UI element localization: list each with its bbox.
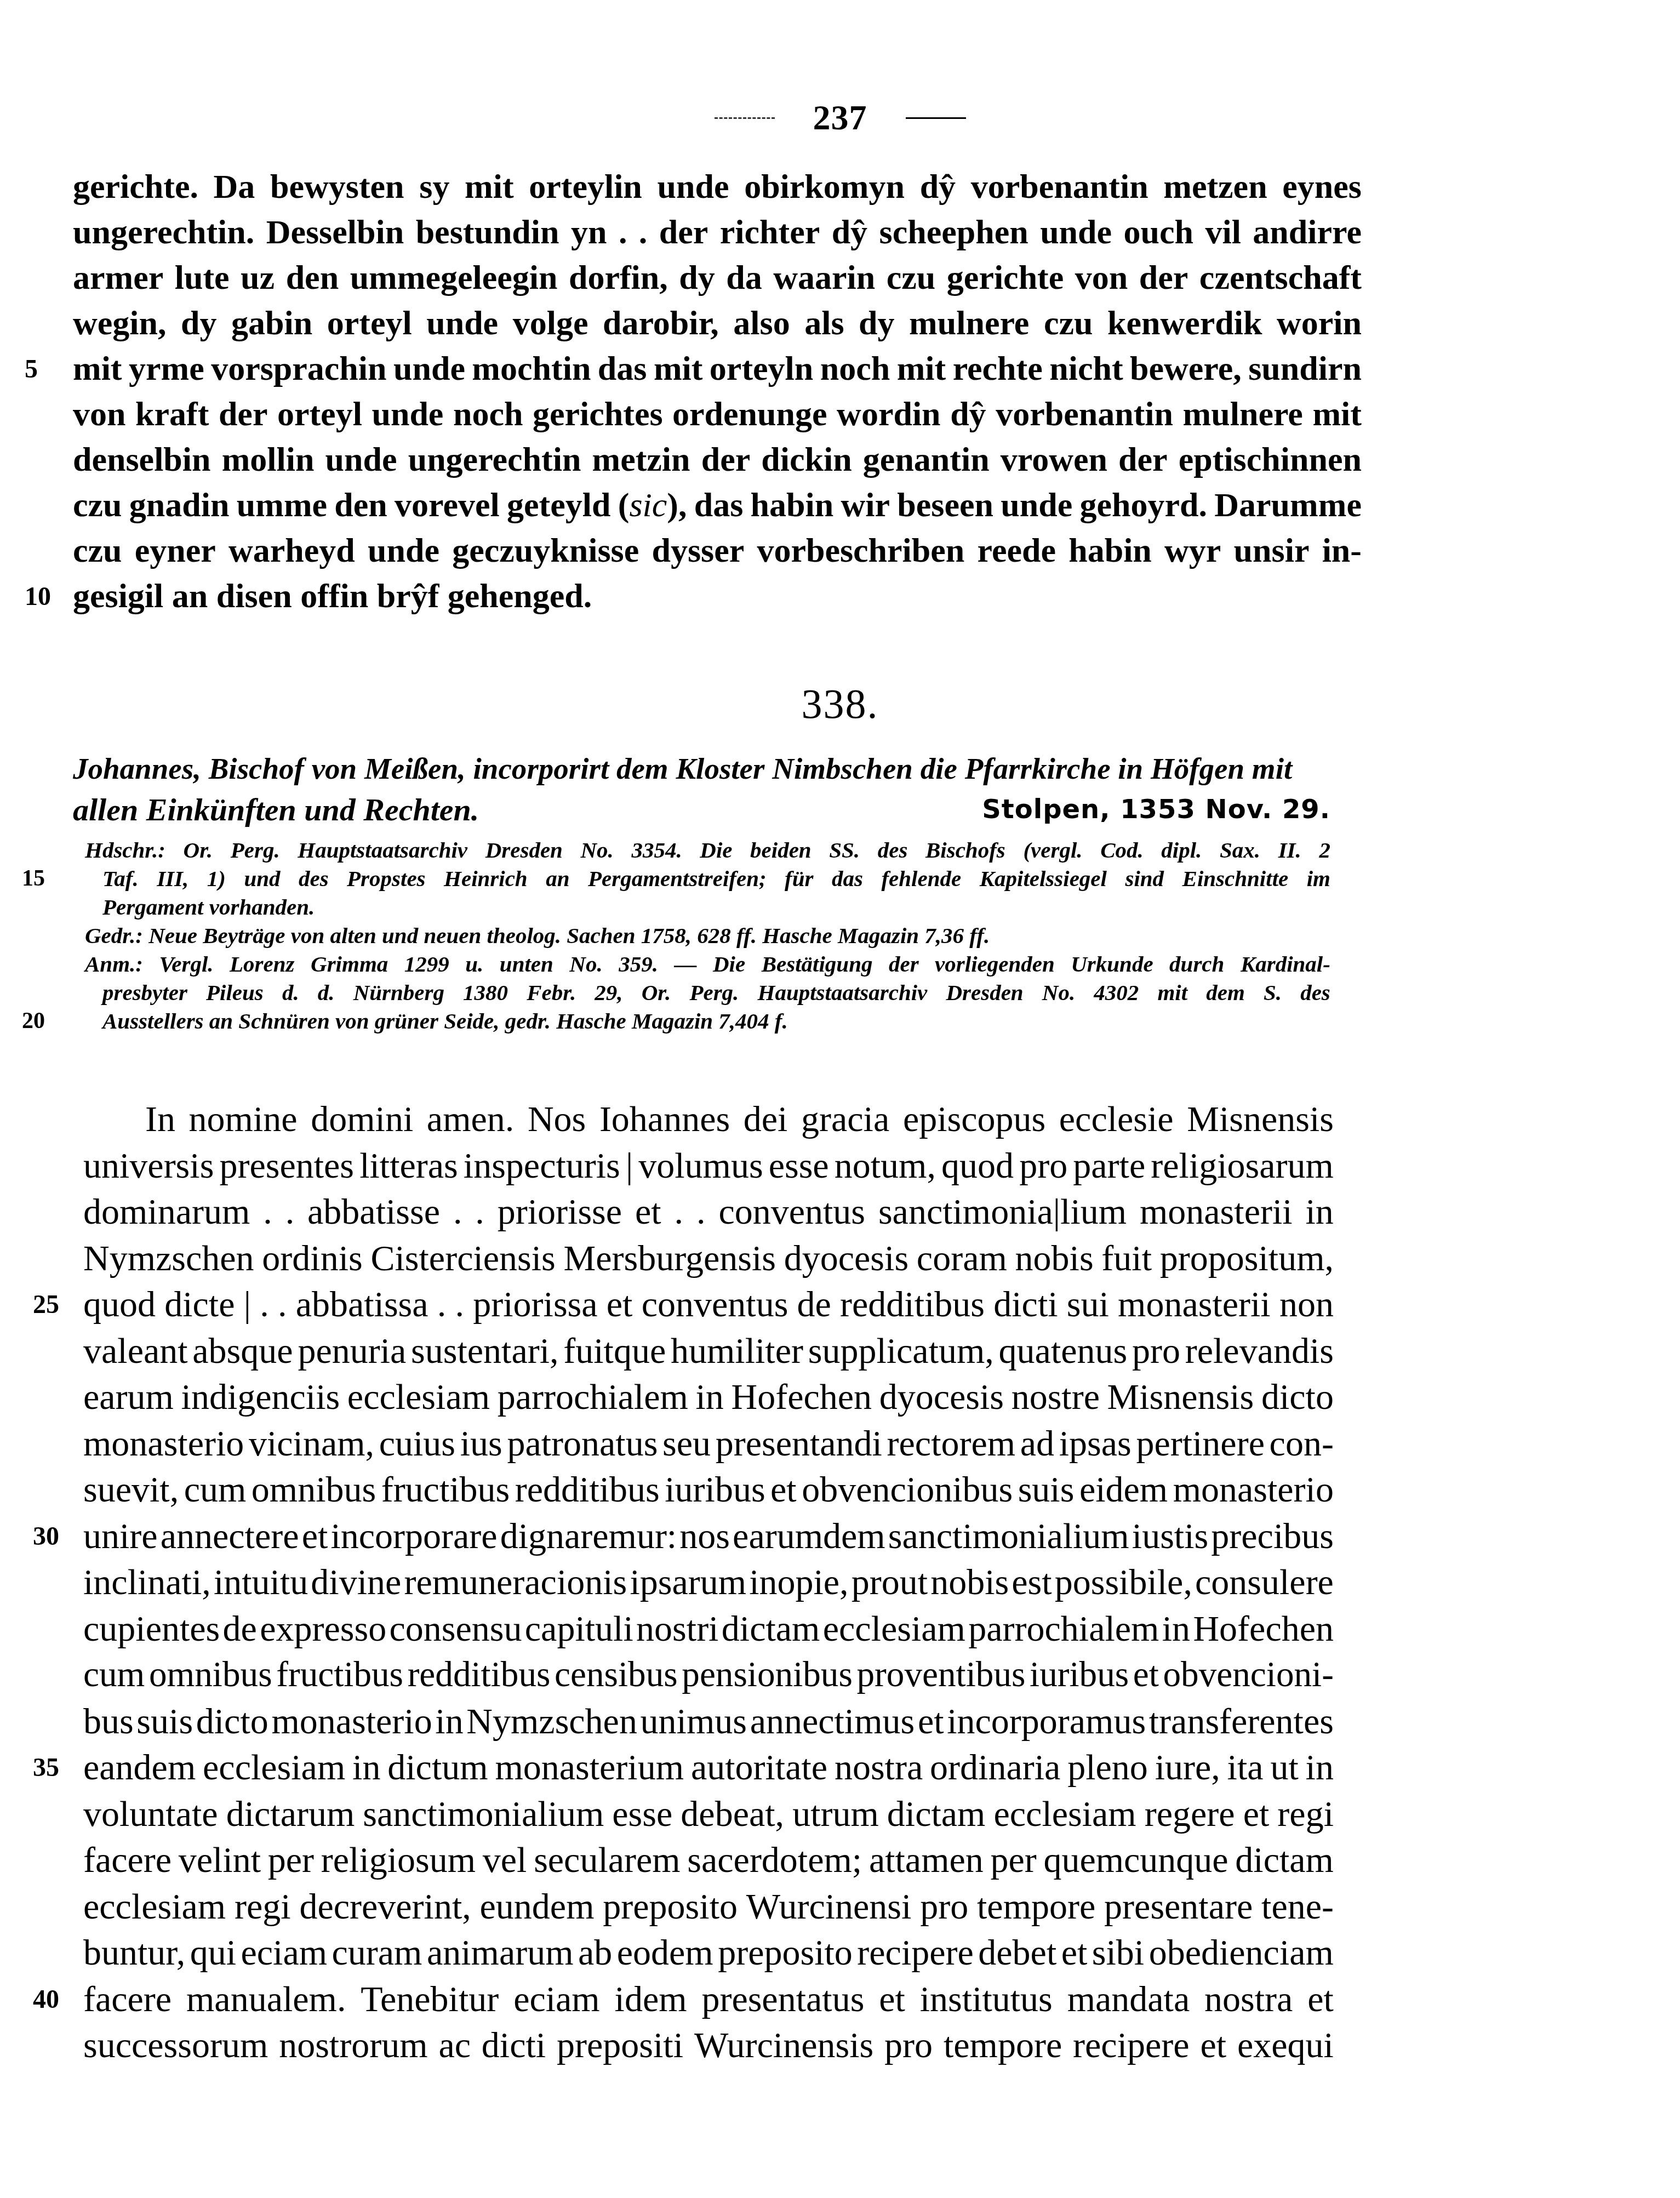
- word: monasterio: [83, 1420, 244, 1467]
- word: regi: [1277, 1791, 1334, 1837]
- text-line: mityrmevorsprachinundemochtindasmitortey…: [73, 346, 1362, 392]
- word: Magazin: [632, 1007, 713, 1035]
- charter-line: cumomnibusfructibusredditibuscensibuspen…: [83, 1652, 1334, 1698]
- word: theolog.: [487, 921, 561, 950]
- charter-line: suevit,cumomnibusfructibusredditibusiuri…: [83, 1466, 1334, 1513]
- word: regi: [235, 1883, 291, 1930]
- word: conventus: [642, 1281, 788, 1328]
- word: Hasche: [762, 921, 832, 950]
- note-line: presbyterPileusd.d.Nürnberg1380Febr.29,O…: [102, 978, 1330, 1007]
- word: ecclesie: [1059, 1096, 1174, 1143]
- word: vorsprachin: [211, 346, 386, 392]
- word: successorum: [83, 2022, 268, 2069]
- word: das: [832, 864, 863, 893]
- word: von: [335, 1007, 369, 1035]
- word: an: [209, 1007, 233, 1035]
- word: für: [785, 864, 813, 893]
- word: vrowen: [1001, 437, 1107, 483]
- word: amen.: [427, 1096, 514, 1143]
- word: Grimma: [311, 950, 388, 978]
- line-number: 15: [22, 864, 66, 893]
- word: bewysten: [270, 164, 404, 210]
- word: in: [1306, 1744, 1334, 1791]
- word: Wurcinensi: [746, 1883, 912, 1930]
- word: non: [1279, 1281, 1334, 1328]
- word: et: [1243, 1791, 1270, 1837]
- word: dyocesis: [784, 1235, 908, 1282]
- word: unimus: [641, 1698, 747, 1745]
- word: dysser: [652, 528, 744, 574]
- word: monasterio: [1173, 1466, 1334, 1513]
- word: czu: [73, 483, 122, 528]
- word: mit: [465, 164, 514, 210]
- line-number: 40: [33, 1976, 77, 2023]
- word: Nos: [528, 1096, 586, 1143]
- word: secularem: [534, 1837, 681, 1883]
- word: eundem: [480, 1883, 595, 1930]
- note-line: Anm.:Vergl.LorenzGrimma1299u.untenNo.359…: [85, 950, 1330, 978]
- word: gabin: [231, 301, 312, 346]
- word: der: [659, 210, 708, 255]
- word: et: [607, 1281, 633, 1328]
- word: in: [352, 1744, 380, 1791]
- word: religiosum: [321, 1837, 476, 1883]
- word: Or.: [642, 978, 671, 1007]
- word: 1299: [404, 950, 449, 978]
- word: gnadin: [129, 483, 230, 528]
- word: 359.: [619, 950, 658, 978]
- word: das: [694, 483, 744, 528]
- word: qui: [190, 1929, 236, 1976]
- word: durch: [1169, 950, 1224, 978]
- word: buntur,: [83, 1929, 185, 1976]
- word: domini: [311, 1096, 413, 1143]
- word: eidem: [1079, 1466, 1168, 1513]
- word: iure,: [1155, 1744, 1220, 1791]
- word: attamen: [869, 1837, 984, 1883]
- word: der: [219, 392, 268, 437]
- word: Hdschr.:: [85, 836, 165, 864]
- word: alten: [330, 921, 376, 950]
- place-date: Stolpen, 1353 Nov. 29.: [982, 789, 1330, 830]
- word: obvencioni-: [1163, 1652, 1334, 1698]
- word: richter: [720, 210, 820, 255]
- word: d.: [282, 978, 299, 1007]
- word: recipere: [857, 1929, 973, 1976]
- word: Einschnitte: [1182, 864, 1289, 893]
- word: also: [733, 301, 790, 346]
- word: episcopus: [903, 1096, 1045, 1143]
- word: unde: [1001, 483, 1072, 528]
- note-line: Taf.III,1)unddesPropstesHeinrichanPergam…: [102, 864, 1330, 893]
- word: humiliter: [671, 1328, 803, 1374]
- word: bewere,: [1130, 346, 1242, 392]
- word: und: [382, 921, 418, 950]
- word: esse: [612, 1791, 672, 1837]
- word: gedr.: [505, 1007, 551, 1035]
- word: disen: [216, 574, 292, 619]
- word: nostrorum: [279, 2022, 427, 2069]
- word: Kapitelssiegel: [980, 864, 1107, 893]
- word: vorbeschriben: [757, 528, 964, 574]
- word: f.: [775, 1007, 788, 1035]
- word: eciam: [513, 1976, 600, 2023]
- word: et: [1133, 1652, 1159, 1698]
- word: II.: [1278, 836, 1301, 864]
- word: Sachen: [567, 921, 635, 950]
- word: relevandis: [1185, 1328, 1334, 1374]
- word: ummegeleegin: [350, 255, 558, 301]
- word: dictum: [387, 1744, 488, 1791]
- charter-line: cupientesdeexpressoconsensucapitulinostr…: [83, 1606, 1334, 1652]
- word: volge: [513, 301, 588, 346]
- word: .: [619, 210, 627, 255]
- regest-line-1: Johannes, Bischof von Meißen, incorporir…: [73, 748, 1292, 789]
- word: abbatisse: [307, 1189, 440, 1235]
- word: |: [244, 1281, 251, 1328]
- word: et: [1307, 1976, 1334, 2023]
- word: omnibus: [149, 1652, 272, 1698]
- text-line: armerluteuzdenummegeleegindorfin,dydawaa…: [73, 255, 1362, 301]
- word: in: [695, 1374, 723, 1420]
- word: Die: [713, 950, 745, 978]
- word: dicto: [196, 1698, 268, 1745]
- word: de: [223, 1606, 257, 1652]
- word: dictarum: [226, 1791, 355, 1837]
- word: Iohannes: [599, 1096, 730, 1143]
- word: Seide,: [444, 1007, 499, 1035]
- text-line: czugnadinummedenvorevelgeteyld(sic),dash…: [73, 483, 1362, 528]
- word: orteyln: [710, 346, 813, 392]
- word: sy: [419, 164, 449, 210]
- word: ad: [1020, 1420, 1054, 1467]
- word: tempore: [977, 1883, 1095, 1930]
- word: dŷ: [832, 210, 867, 255]
- word: .: [675, 1189, 684, 1235]
- word: cum: [184, 1466, 247, 1513]
- word: Dresden: [946, 978, 1023, 1007]
- word: intuitu: [214, 1559, 308, 1606]
- word: .: [696, 1189, 706, 1235]
- word: nomine: [189, 1096, 298, 1143]
- word: Cod.: [1100, 836, 1144, 864]
- word: dem: [1206, 978, 1245, 1007]
- word: Nymzschen: [466, 1698, 637, 1745]
- word: ordinaria: [930, 1744, 1060, 1791]
- word: geteyld: [507, 483, 610, 528]
- word: cupientes: [83, 1606, 220, 1652]
- word: de: [797, 1281, 831, 1328]
- word: den: [334, 483, 387, 528]
- regest-line-2: allen Einkünften und Rechten.: [73, 789, 479, 830]
- word: sibi: [1092, 1929, 1144, 1976]
- word: redditibus: [515, 1466, 660, 1513]
- charter-line: voluntatedictarumsanctimonialiumessedebe…: [83, 1791, 1334, 1837]
- word: sundirn: [1248, 346, 1362, 392]
- word: per: [990, 1837, 1036, 1883]
- word: bus: [83, 1698, 134, 1745]
- word: u.: [465, 950, 483, 978]
- word: Anm.:: [85, 950, 143, 978]
- word: presentare: [1104, 1883, 1253, 1930]
- word: cuius: [379, 1420, 455, 1467]
- word: ff.: [969, 921, 990, 950]
- word: in-: [1322, 528, 1362, 574]
- word: abbatissa: [296, 1281, 428, 1328]
- word: vel: [483, 1837, 527, 1883]
- word: .: [263, 1189, 272, 1235]
- word: noch: [453, 392, 523, 437]
- word: ecclesiam: [83, 1883, 226, 1930]
- word: sustentari,: [411, 1328, 558, 1374]
- word: .: [437, 1281, 447, 1328]
- word: dŷ: [950, 392, 986, 437]
- word: universis: [83, 1143, 214, 1189]
- word: rechte: [953, 346, 1043, 392]
- word: ungerechtin: [408, 437, 581, 483]
- word: Vergl.: [159, 950, 213, 978]
- word: sui: [1067, 1281, 1109, 1328]
- word: mit: [73, 346, 122, 392]
- charter-line: monasteriovicinam,cuiusiuspatronatusseup…: [83, 1420, 1334, 1467]
- word: habin: [1068, 528, 1152, 574]
- word: mit: [1157, 978, 1187, 1007]
- line-number: 30: [33, 1513, 77, 1560]
- word: eptischinnen: [1179, 437, 1362, 483]
- word: sacerdotem;: [687, 1837, 862, 1883]
- word: voluntate: [83, 1791, 218, 1837]
- word: obvencionibus: [802, 1466, 1013, 1513]
- word: brŷf: [377, 574, 439, 619]
- word: Die: [700, 836, 732, 864]
- word: der: [889, 950, 919, 978]
- word: umme: [237, 483, 327, 528]
- word: dy: [859, 301, 894, 346]
- word: dy: [181, 301, 216, 346]
- word: ouch: [1124, 210, 1193, 255]
- word: eandem: [83, 1744, 196, 1791]
- word: 3354.: [631, 836, 682, 864]
- word: da: [726, 255, 762, 301]
- word: nostra: [1204, 1976, 1293, 2023]
- word: parte: [1073, 1143, 1145, 1189]
- word: suevit,: [83, 1466, 179, 1513]
- word: Or.: [184, 836, 213, 864]
- charter-line: buntur,quieciamcuramanimarumabeodemprepo…: [83, 1929, 1334, 1976]
- text-line: wegin,dygabinorteylundevolgedarobir,also…: [73, 301, 1362, 346]
- word: possibile,: [1055, 1559, 1192, 1606]
- document-number: 338.: [0, 682, 1680, 726]
- word: als: [804, 301, 844, 346]
- word: unde: [325, 437, 397, 483]
- word: czu: [1044, 301, 1093, 346]
- word: Hofechen: [1193, 1606, 1334, 1652]
- word: .: [453, 1189, 462, 1235]
- word: mit: [1312, 392, 1362, 437]
- word: monasterii: [1140, 1189, 1293, 1235]
- word: im: [1307, 864, 1330, 893]
- word: supplicatum,: [808, 1328, 994, 1374]
- charter-line: NymzschenordinisCisterciensisMersburgens…: [83, 1235, 1334, 1282]
- word: et: [635, 1189, 661, 1235]
- word: parrochialem: [968, 1606, 1159, 1652]
- word: eciam: [241, 1929, 328, 1976]
- word: kraft: [135, 392, 209, 437]
- word: sanctimonia|lium: [878, 1189, 1127, 1235]
- word: SS.: [829, 836, 860, 864]
- word: et: [918, 1698, 944, 1745]
- word: quod: [941, 1143, 1014, 1189]
- word: d.: [318, 978, 335, 1007]
- word: mollin: [222, 437, 315, 483]
- word: recipere: [1073, 2022, 1189, 2069]
- word: preposito: [603, 1883, 738, 1930]
- word: velint: [179, 1837, 261, 1883]
- word: der: [1139, 255, 1188, 301]
- word: debet: [978, 1929, 1056, 1976]
- word: utrum: [792, 1791, 879, 1837]
- word: eyner: [135, 528, 216, 574]
- text-line: czueynerwarheydundegeczuyknissedysservor…: [73, 528, 1362, 574]
- word: Hofechen: [731, 1374, 872, 1420]
- word: et: [1061, 1929, 1088, 1976]
- word: fehlende: [881, 864, 961, 893]
- word: den: [286, 255, 339, 301]
- word: dipl.: [1161, 836, 1202, 864]
- word: omnibus: [252, 1466, 376, 1513]
- word: .: [260, 1281, 269, 1328]
- word: von: [291, 921, 325, 950]
- word: des: [1300, 978, 1330, 1007]
- word: ut: [1270, 1744, 1298, 1791]
- word: wegin,: [73, 301, 167, 346]
- word: Bestätigung: [762, 950, 873, 978]
- charter-line: quoddicte|..abbatissa..priorissaetconven…: [83, 1281, 1334, 1328]
- word: denselbin: [73, 437, 211, 483]
- word: ff.: [736, 921, 757, 950]
- word: Tenebitur: [361, 1976, 499, 2023]
- word: metzen: [1163, 164, 1267, 210]
- word: wyr: [1164, 528, 1221, 574]
- word: vorliegenden: [935, 950, 1055, 978]
- word: In: [145, 1096, 175, 1143]
- word: 1758,: [641, 921, 692, 950]
- word: Nymzschen: [83, 1235, 254, 1282]
- word: divine: [311, 1559, 401, 1606]
- word: iuribus: [1030, 1652, 1129, 1698]
- word: dictam: [1235, 1837, 1334, 1883]
- word: ecclesiam: [823, 1606, 965, 1652]
- word: Gedr.:: [85, 921, 143, 950]
- word: unde: [368, 528, 439, 574]
- word: religiosarum: [1151, 1143, 1334, 1189]
- word: et: [302, 1513, 328, 1560]
- word: earumdem: [733, 1513, 885, 1560]
- word: 2: [1319, 836, 1330, 864]
- word: Mersburgensis: [564, 1235, 776, 1282]
- page-number: 237: [813, 98, 867, 138]
- word: des: [299, 864, 329, 893]
- word: remuneracionis: [404, 1559, 627, 1606]
- word: 7,36: [924, 921, 964, 950]
- word: Ausstellers: [102, 1007, 204, 1035]
- word: ecclesiam: [203, 1744, 345, 1791]
- word: animarum: [427, 1929, 574, 1976]
- word: gehoyrd.: [1080, 483, 1208, 528]
- word: facere: [83, 1837, 172, 1883]
- word: penuria: [298, 1328, 406, 1374]
- word: dyocesis: [879, 1374, 1004, 1420]
- word: von: [73, 392, 125, 437]
- word: redditibus: [840, 1281, 985, 1328]
- word: dicti: [993, 1281, 1058, 1328]
- regest-line: allen Einkünften und Rechten. Stolpen, 1…: [73, 789, 1330, 830]
- word: absque: [192, 1328, 293, 1374]
- word: ius: [460, 1420, 502, 1467]
- word: dŷ: [920, 164, 956, 210]
- word: unde: [426, 301, 498, 346]
- word: coram: [917, 1235, 1007, 1282]
- word: et: [879, 1976, 905, 2023]
- word: dicti: [482, 2022, 546, 2069]
- word: das: [598, 346, 647, 392]
- word: genantin: [863, 437, 990, 483]
- word: pro: [1132, 1328, 1180, 1374]
- charter-line: eandemecclesiamindictummonasteriumautori…: [83, 1744, 1334, 1791]
- word: Hauptstaatsarchiv: [758, 978, 928, 1007]
- word: gehenged.: [448, 574, 592, 619]
- word: Sax.: [1220, 836, 1260, 864]
- word: andirre: [1253, 210, 1362, 255]
- word: ungerechtin.: [73, 210, 254, 255]
- word: inopie,: [749, 1559, 848, 1606]
- word: pro: [920, 1883, 968, 1930]
- header-rule-left: [715, 117, 775, 119]
- word: neuen: [424, 921, 481, 950]
- word: Kardinal-: [1241, 950, 1330, 978]
- word: ipsarum: [630, 1559, 746, 1606]
- word: et: [1200, 2022, 1226, 2069]
- word: vil: [1205, 210, 1241, 255]
- word: Misnensis: [1187, 1096, 1334, 1143]
- word: yrme: [129, 346, 204, 392]
- word: debeat,: [681, 1791, 784, 1837]
- word: Perg.: [689, 978, 739, 1007]
- line-number: 5: [25, 346, 63, 392]
- word: fuitque: [563, 1328, 666, 1374]
- word: redditibus: [408, 1652, 551, 1698]
- word: conventus: [718, 1189, 865, 1235]
- charter-line: dominarum..abbatisse..priorisseet..conve…: [83, 1189, 1334, 1235]
- word: Cisterciensis: [370, 1235, 555, 1282]
- word: armer: [73, 255, 163, 301]
- word: .: [475, 1189, 484, 1235]
- word: 7,404: [718, 1007, 769, 1035]
- charter-line: universispresenteslitterasinspecturis|vo…: [83, 1143, 1334, 1189]
- word: orteylin: [529, 164, 642, 210]
- word: dy: [679, 255, 715, 301]
- word: per: [268, 1837, 314, 1883]
- word: facere: [83, 1976, 172, 2023]
- line-number: 25: [33, 1281, 77, 1328]
- word: der: [1118, 437, 1168, 483]
- word: unten: [500, 950, 553, 978]
- regest-line: Johannes, Bischof von Meißen, incorporir…: [73, 748, 1330, 789]
- word: Nürnberg: [353, 978, 444, 1007]
- word: wir: [841, 483, 890, 528]
- word: —: [674, 950, 696, 978]
- word: rectorem: [887, 1420, 1016, 1467]
